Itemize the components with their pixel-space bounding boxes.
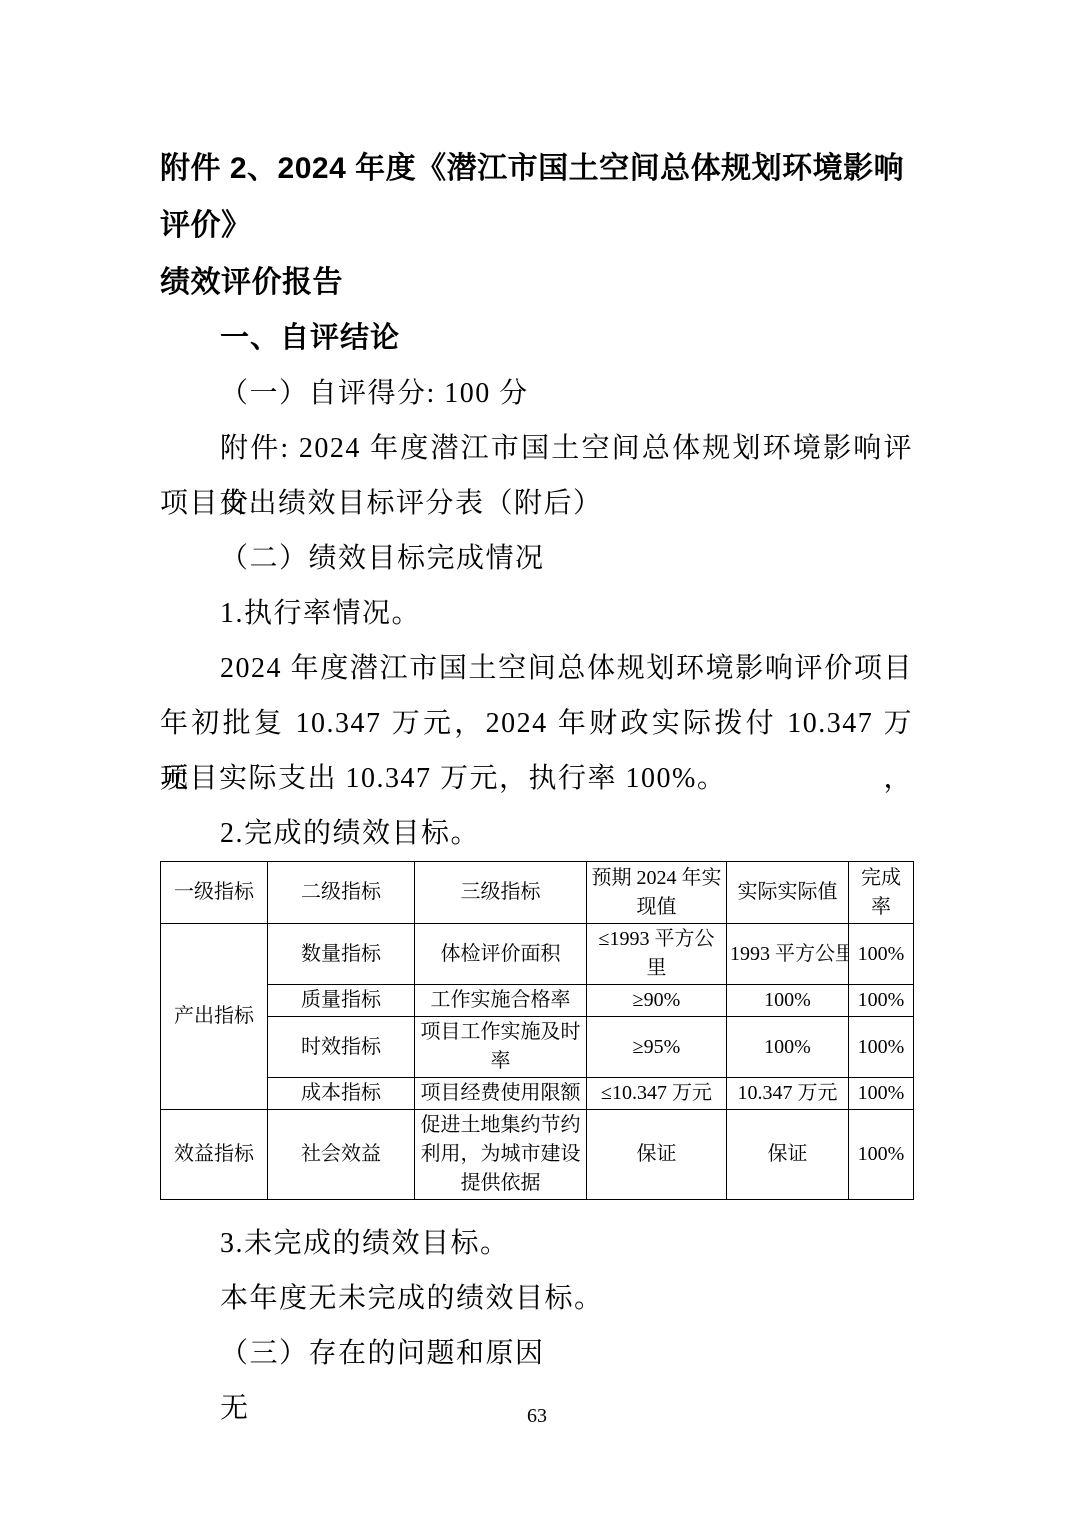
line-execution-1: 2024 年度潜江市国土空间总体规划环境影响评价项目 <box>160 641 913 696</box>
heading-completed-targets: 2.完成的绩效目标。 <box>160 806 913 861</box>
cell-rate: 100% <box>849 985 914 1017</box>
table-row: 成本指标 项目经费使用限额 ≤10.347 万元 10.347 万元 100% <box>161 1078 914 1110</box>
line-self-eval-score: （一）自评得分: 100 分 <box>160 366 913 421</box>
header-level1-indicator: 一级指标 <box>161 862 268 924</box>
document-title-line-1: 附件 2、2024 年度《潜江市国土空间总体规划环境影响评价》 <box>160 140 913 254</box>
cell-expected: ≥95% <box>587 1017 727 1078</box>
header-actual-value: 实际实际值 <box>727 862 849 924</box>
line-uncompleted-none: 本年度无未完成的绩效目标。 <box>160 1271 913 1326</box>
cell-level3: 促进土地集约节约利用，为城市建设提供依据 <box>415 1110 587 1200</box>
cell-rate: 100% <box>849 1110 914 1200</box>
cell-actual: 100% <box>727 1017 849 1078</box>
heading-target-completion: （二）绩效目标完成情况 <box>160 531 913 586</box>
cell-actual: 保证 <box>727 1110 849 1200</box>
cell-level2: 质量指标 <box>268 985 415 1017</box>
cell-level3: 项目工作实施及时率 <box>415 1017 587 1078</box>
cell-level2: 数量指标 <box>268 924 415 985</box>
table-row: 产出指标 数量指标 体检评价面积 ≤1993 平方公里 1993 平方公里 10… <box>161 924 914 985</box>
header-expected-2024-value: 预期 2024 年实现值 <box>587 862 727 924</box>
cell-level3: 项目经费使用限额 <box>415 1078 587 1110</box>
table-row: 效益指标 社会效益 促进土地集约节约利用，为城市建设提供依据 保证 保证 100… <box>161 1110 914 1200</box>
cell-level1-benefit: 效益指标 <box>161 1110 268 1200</box>
line-execution-2: 年初批复 10.347 万元，2024 年财政实际拨付 10.347 万元， <box>160 696 913 751</box>
cell-level2: 社会效益 <box>268 1110 415 1200</box>
cell-expected: ≥90% <box>587 985 727 1017</box>
header-level2-indicator: 二级指标 <box>268 862 415 924</box>
performance-target-table: 一级指标 二级指标 三级指标 预期 2024 年实现值 实际实际值 完成率 产出… <box>160 861 914 1200</box>
document-title-line-2: 绩效评价报告 <box>160 254 913 311</box>
header-completion-rate: 完成率 <box>849 862 914 924</box>
cell-rate: 100% <box>849 1017 914 1078</box>
header-level3-indicator: 三级指标 <box>415 862 587 924</box>
line-attachment-2: 项目支出绩效目标评分表（附后） <box>160 476 913 531</box>
cell-level3: 体检评价面积 <box>415 924 587 985</box>
heading-self-eval-conclusion: 一、自评结论 <box>160 311 913 366</box>
cell-actual: 10.347 万元 <box>727 1078 849 1110</box>
heading-uncompleted-targets: 3.未完成的绩效目标。 <box>160 1216 913 1271</box>
cell-expected: ≤1993 平方公里 <box>587 924 727 985</box>
cell-expected: ≤10.347 万元 <box>587 1078 727 1110</box>
cell-actual: 1993 平方公里 <box>727 924 849 985</box>
heading-problems-and-causes: （三）存在的问题和原因 <box>160 1326 913 1381</box>
heading-execution-rate: 1.执行率情况。 <box>160 586 913 641</box>
cell-level2: 成本指标 <box>268 1078 415 1110</box>
cell-level1-output: 产出指标 <box>161 924 268 1110</box>
cell-rate: 100% <box>849 1078 914 1110</box>
cell-level2: 时效指标 <box>268 1017 415 1078</box>
table-row: 质量指标 工作实施合格率 ≥90% 100% 100% <box>161 985 914 1017</box>
page-number: 63 <box>0 1405 1074 1428</box>
cell-actual: 100% <box>727 985 849 1017</box>
table-row: 时效指标 项目工作实施及时率 ≥95% 100% 100% <box>161 1017 914 1078</box>
cell-rate: 100% <box>849 924 914 985</box>
document-title: 附件 2、2024 年度《潜江市国土空间总体规划环境影响评价》 绩效评价报告 <box>160 140 913 311</box>
cell-expected: 保证 <box>587 1110 727 1200</box>
document-content: 附件 2、2024 年度《潜江市国土空间总体规划环境影响评价》 绩效评价报告 一… <box>160 0 913 1436</box>
cell-level3: 工作实施合格率 <box>415 985 587 1017</box>
document-page: 附件 2、2024 年度《潜江市国土空间总体规划环境影响评价》 绩效评价报告 一… <box>0 0 1074 1520</box>
line-attachment-1: 附件: 2024 年度潜江市国土空间总体规划环境影响评价 <box>160 421 913 476</box>
table-header-row: 一级指标 二级指标 三级指标 预期 2024 年实现值 实际实际值 完成率 <box>161 862 914 924</box>
